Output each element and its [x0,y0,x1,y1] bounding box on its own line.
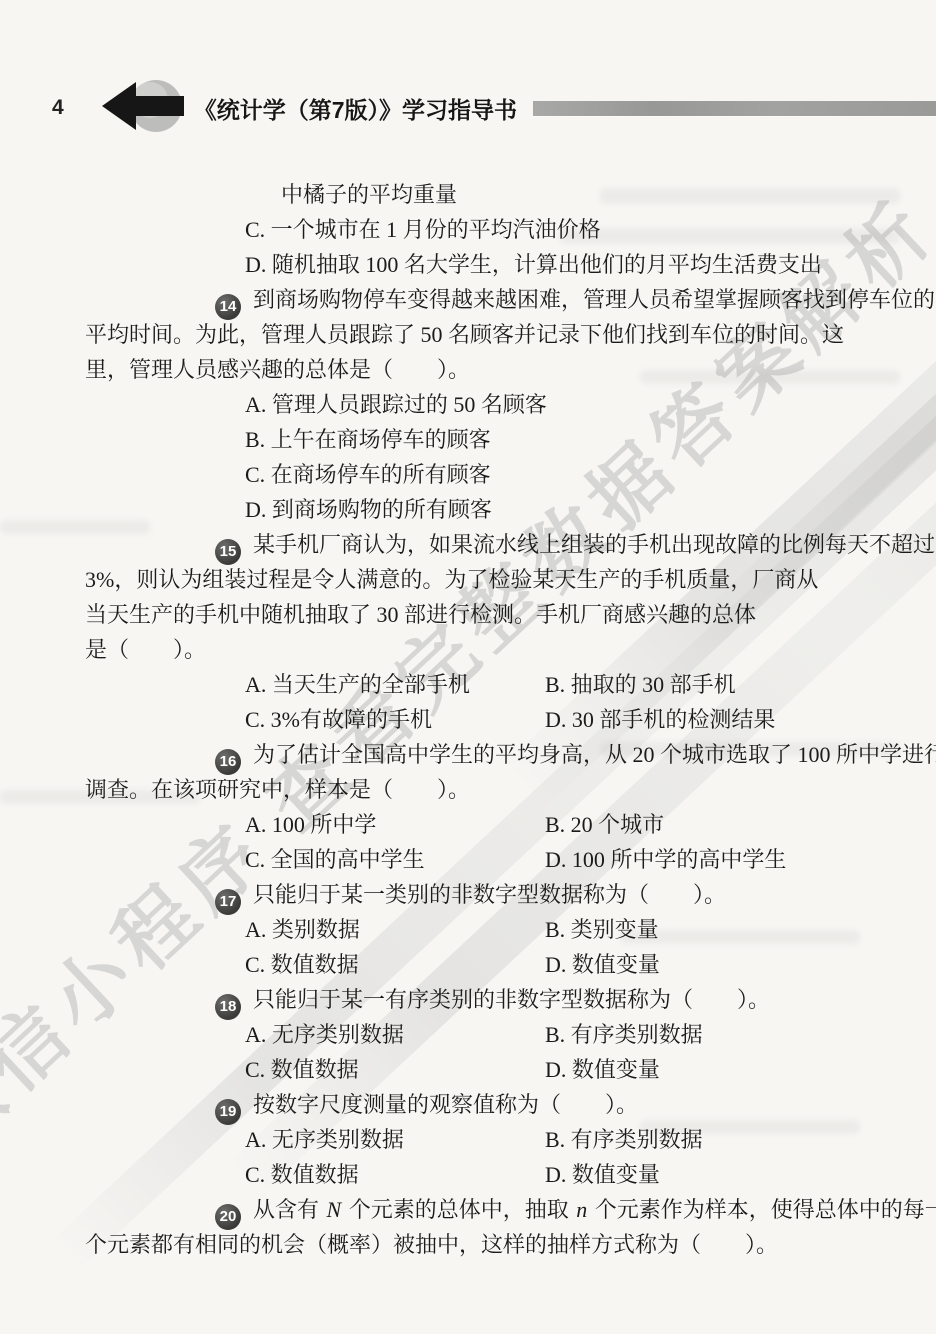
question-stem-text: 到商场购物停车变得越来越困难，管理人员希望掌握顾客找到停车位的 [253,287,935,312]
question-stem-text: 按数字尺度测量的观察值称为（ ）。 [253,1092,638,1117]
page-header: 4 《统计学（第7版）》学习指导书 [0,82,936,134]
question-14-stem: 14到商场购物停车变得越来越困难，管理人员希望掌握顾客找到停车位的 [85,282,890,317]
option-d: D. 数值变量 [545,1057,660,1082]
option-c: C. 数值数据 [245,947,545,982]
option-c: C. 数值数据 [245,1157,545,1192]
option-c: C. 在商场停车的所有顾客 [85,457,890,492]
option-a: A. 100 所中学 [245,807,545,842]
option-row: A. 100 所中学B. 20 个城市 [85,807,890,842]
question-15-stem-cont: 3%，则认为组装过程是令人满意的。为了检验某天生产的手机质量，厂商从 [85,562,890,597]
option-c: C. 一个城市在 1 月份的平均汽油价格 [85,212,890,247]
question-14-stem-cont: 里，管理人员感兴趣的总体是（ ）。 [85,352,890,387]
question-17-stem: 17只能归于某一类别的非数字型数据称为（ ）。 [85,877,890,912]
question-15-stem-cont: 是（ ）。 [85,632,890,667]
question-list: 中橘子的平均重量 C. 一个城市在 1 月份的平均汽油价格 D. 随机抽取 10… [85,177,890,1262]
option-row: C. 3%有故障的手机D. 30 部手机的检测结果 [85,702,890,737]
question-14-stem-cont: 平均时间。为此，管理人员跟踪了 50 名顾客并记录下他们找到车位的时间。这 [85,317,890,352]
option-a: A. 无序类别数据 [245,1017,545,1052]
header-rule-bar [533,101,936,116]
question-stem-text: 从含有 [253,1197,325,1222]
book-title: 《统计学（第7版）》学习指导书 [194,92,517,125]
option-row: C. 全国的高中学生D. 100 所中学的高中学生 [85,842,890,877]
question-15-stem: 15某手机厂商认为，如果流水线上组装的手机出现故障的比例每天不超过 [85,527,890,562]
page-number: 4 [52,96,64,120]
option-a: A. 管理人员跟踪过的 50 名顾客 [85,387,890,422]
option-b: B. 类别变量 [545,917,659,942]
option-b: B. 抽取的 30 部手机 [545,672,736,697]
option-row: C. 数值数据D. 数值变量 [85,1052,890,1087]
option-b: B. 上午在商场停车的顾客 [85,422,890,457]
option-d: D. 到商场购物的所有顾客 [85,492,890,527]
option-b: B. 有序类别数据 [545,1022,703,1047]
option-a: A. 类别数据 [245,912,545,947]
question-stem-text: 为了估计全国高中学生的平均身高，从 20 个城市选取了 100 所中学进行 [253,742,936,767]
option-c: C. 数值数据 [245,1052,545,1087]
option-row: A. 当天生产的全部手机B. 抽取的 30 部手机 [85,667,890,702]
math-variable-n: n [574,1197,589,1222]
option-wrapped-text: 中橘子的平均重量 [85,177,890,212]
option-d: D. 100 所中学的高中学生 [545,847,786,872]
option-b: B. 20 个城市 [545,812,664,837]
option-c: C. 3%有故障的手机 [245,702,545,737]
question-15-stem-cont: 当天生产的手机中随机抽取了 30 部进行检测。手机厂商感兴趣的总体 [85,597,890,632]
question-20-stem: 20从含有 N 个元素的总体中，抽取 n 个元素作为样本，使得总体中的每一 [85,1192,890,1227]
question-stem-text: 个元素作为样本，使得总体中的每一 [589,1197,936,1222]
question-18-stem: 18只能归于某一有序类别的非数字型数据称为（ ）。 [85,982,890,1017]
option-row: C. 数值数据D. 数值变量 [85,1157,890,1192]
question-stem-text: 个元素的总体中，抽取 [343,1197,574,1222]
option-d: D. 数值变量 [545,1162,660,1187]
option-a: A. 当天生产的全部手机 [245,667,545,702]
option-row: A. 类别数据B. 类别变量 [85,912,890,947]
option-b: B. 有序类别数据 [545,1127,703,1152]
option-row: A. 无序类别数据B. 有序类别数据 [85,1017,890,1052]
option-d: D. 随机抽取 100 名大学生，计算出他们的月平均生活费支出 [85,247,890,282]
back-arrow-icon [92,78,188,139]
option-row: C. 数值数据D. 数值变量 [85,947,890,982]
question-19-stem: 19按数字尺度测量的观察值称为（ ）。 [85,1087,890,1122]
question-16-stem: 16为了估计全国高中学生的平均身高，从 20 个城市选取了 100 所中学进行 [85,737,890,772]
option-c: C. 全国的高中学生 [245,842,545,877]
question-16-stem-cont: 调查。在该项研究中，样本是（ ）。 [85,772,890,807]
question-stem-text: 某手机厂商认为，如果流水线上组装的手机出现故障的比例每天不超过 [253,532,935,557]
math-variable-N: N [325,1197,344,1222]
option-d: D. 30 部手机的检测结果 [545,707,775,732]
option-d: D. 数值变量 [545,952,660,977]
question-stem-text: 只能归于某一类别的非数字型数据称为（ ）。 [253,882,726,907]
question-20-stem-cont: 个元素都有相同的机会（概率）被抽中，这样的抽样方式称为（ ）。 [85,1227,890,1262]
question-stem-text: 只能归于某一有序类别的非数字型数据称为（ ）。 [253,987,770,1012]
option-row: A. 无序类别数据B. 有序类别数据 [85,1122,890,1157]
option-a: A. 无序类别数据 [245,1122,545,1157]
